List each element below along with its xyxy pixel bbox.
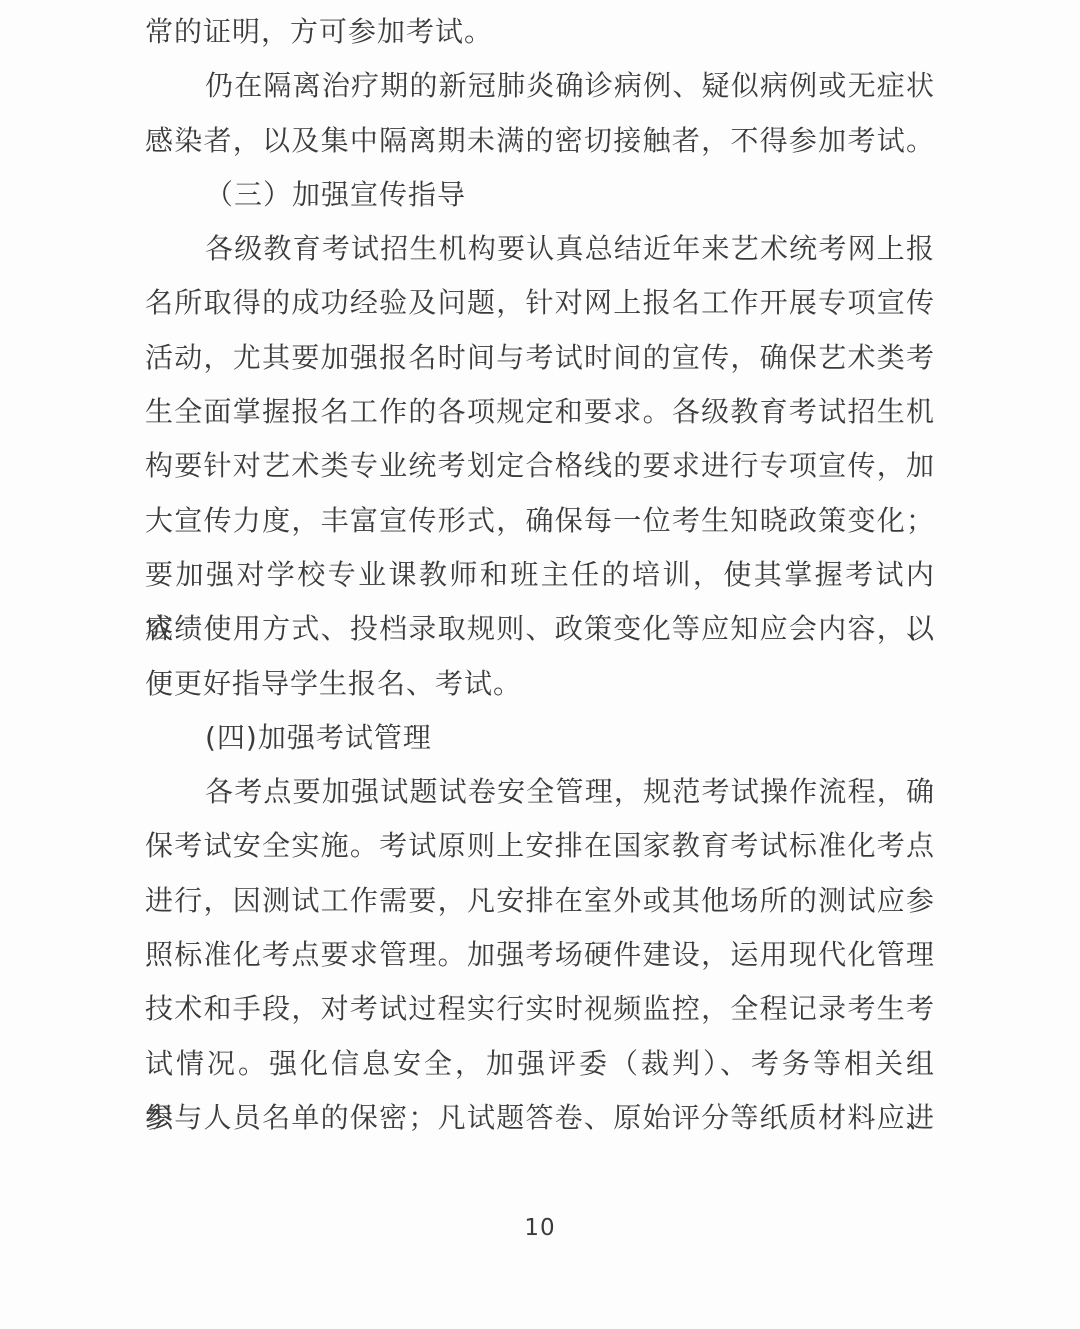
document-line: 便更好指导学生报名、考试。 bbox=[145, 657, 935, 711]
document-body: 常的证明，方可参加考试。仍在隔离治疗期的新冠肺炎确诊病例、疑似病例或无症状感染者… bbox=[145, 0, 935, 1145]
document-page: 常的证明，方可参加考试。仍在隔离治疗期的新冠肺炎确诊病例、疑似病例或无症状感染者… bbox=[0, 0, 1080, 1329]
document-line: 名所取得的成功经验及问题，针对网上报名工作开展专项宣传 bbox=[145, 276, 935, 330]
document-line: 活动，尤其要加强报名时间与考试时间的宣传，确保艺术类考 bbox=[145, 331, 935, 385]
document-line: 照标准化考点要求管理。加强考场硬件建设，运用现代化管理 bbox=[145, 928, 935, 982]
document-line: 仍在隔离治疗期的新冠肺炎确诊病例、疑似病例或无症状 bbox=[145, 59, 935, 113]
document-line: 成绩使用方式、投档录取规则、政策变化等应知应会内容，以 bbox=[145, 602, 935, 656]
document-line: 常的证明，方可参加考试。 bbox=[145, 5, 935, 59]
document-line: 各考点要加强试题试卷安全管理，规范考试操作流程，确 bbox=[145, 765, 935, 819]
document-line: 各级教育考试招生机构要认真总结近年来艺术统考网上报 bbox=[145, 222, 935, 276]
document-line: (四)加强考试管理 bbox=[145, 711, 935, 765]
document-line: 感染者，以及集中隔离期未满的密切接触者，不得参加考试。 bbox=[145, 114, 935, 168]
document-line: 参与人员名单的保密；凡试题答卷、原始评分等纸质材料应进 bbox=[145, 1091, 935, 1145]
document-line: （三）加强宣传指导 bbox=[145, 168, 935, 222]
document-line: 保考试安全实施。考试原则上安排在国家教育考试标准化考点 bbox=[145, 819, 935, 873]
document-line: 生全面掌握报名工作的各项规定和要求。各级教育考试招生机 bbox=[145, 385, 935, 439]
page-number: 10 bbox=[0, 1215, 1080, 1241]
document-line: 进行，因测试工作需要，凡安排在室外或其他场所的测试应参 bbox=[145, 874, 935, 928]
document-line: 技术和手段，对考试过程实行实时视频监控，全程记录考生考 bbox=[145, 982, 935, 1036]
document-line: 大宣传力度，丰富宣传形式，确保每一位考生知晓政策变化； bbox=[145, 494, 935, 548]
document-line: 要加强对学校专业课教师和班主任的培训，使其掌握考试内容、 bbox=[145, 548, 935, 602]
document-line: 试情况。强化信息安全，加强评委（裁判）、考务等相关组织、 bbox=[145, 1037, 935, 1091]
document-line: 构要针对艺术类专业统考划定合格线的要求进行专项宣传，加 bbox=[145, 439, 935, 493]
